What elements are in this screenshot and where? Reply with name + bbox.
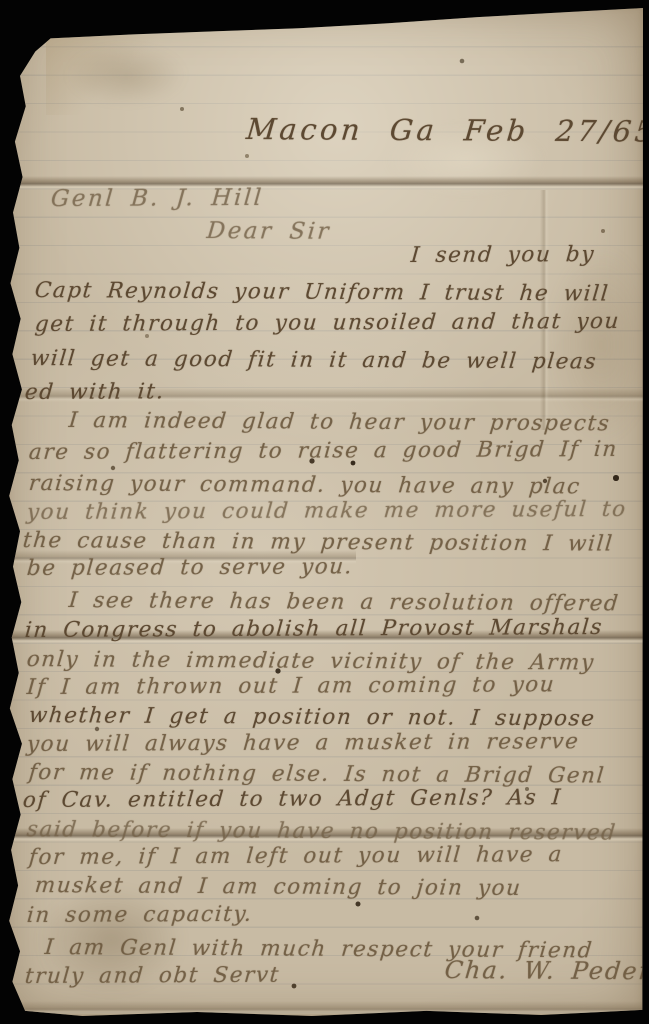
foxing-specks <box>6 5 8 7</box>
salutation: Dear Sir <box>206 218 333 245</box>
body-line: will get a good fit in it and be well pl… <box>30 346 599 374</box>
body-line: of Cav. entitled to two Adgt Genls? As I <box>22 785 563 813</box>
body-line: said before if you have no position rese… <box>26 817 618 846</box>
recipient-line: Genl B. J. Hill <box>50 185 265 212</box>
body-line: you think you could make me more useful … <box>26 497 628 525</box>
body-line: are so flattering to raise a good Brigd … <box>28 437 619 465</box>
body-line: get it through to you unsoiled and that … <box>34 309 621 337</box>
body-line: be pleased to serve you. <box>26 554 354 581</box>
signature: Cha. W. Peden <box>443 956 649 985</box>
body-line: in some capacity. <box>26 902 254 928</box>
body-line: for me if nothing else. Is not a Brigd G… <box>28 760 607 789</box>
body-line: If I am thrown out I am coming to you <box>26 672 556 700</box>
body-line: musket and I am coming to join you <box>34 873 523 901</box>
closing-line: truly and obt Servt <box>24 963 281 989</box>
letter-paper: Macon Ga Feb 27/65 Genl B. J. Hill Dear … <box>6 5 643 1017</box>
fold-crease <box>6 1001 643 1015</box>
body-line: Capt Reynolds your Uniform I trust he wi… <box>34 278 611 306</box>
body-line: I send you by <box>410 242 596 268</box>
body-line: raising your command. you have any plac <box>28 471 582 499</box>
letter-photo: Macon Ga Feb 27/65 Genl B. J. Hill Dear … <box>0 0 649 1024</box>
body-line: for me, if I am left out you will have a <box>28 842 564 870</box>
body-line: I see there has been a resolution offere… <box>68 588 621 616</box>
body-line: the cause than in my present position I … <box>22 528 615 557</box>
body-line: I am indeed glad to hear your prospects <box>68 408 612 436</box>
folded-corner <box>46 35 176 115</box>
body-line: you will always have a musket in reserve <box>26 729 581 757</box>
body-line: ed with it. <box>24 379 166 405</box>
body-line: in Congress to abolish all Provost Marsh… <box>24 615 604 643</box>
paper-stain <box>66 45 186 105</box>
body-line: only in the immediate vicinity of the Ar… <box>26 647 596 675</box>
dateline: Macon Ga Feb 27/65 <box>245 112 649 148</box>
body-line: whether I get a position or not. I suppo… <box>28 703 597 731</box>
